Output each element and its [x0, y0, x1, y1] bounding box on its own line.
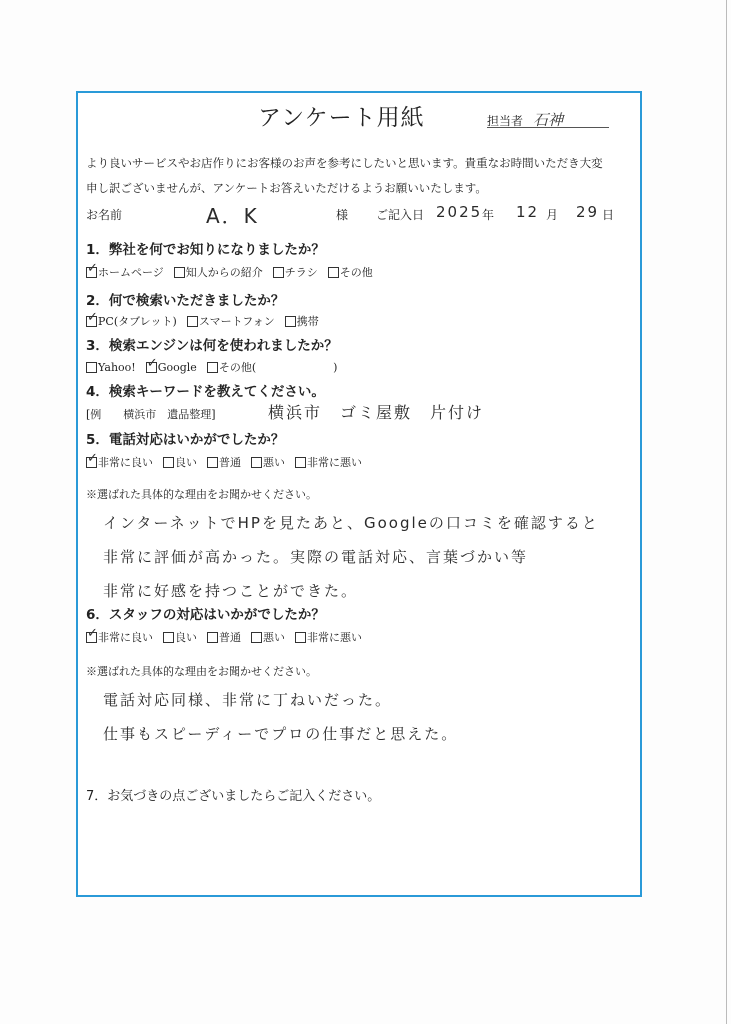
- q1-options: ホームページ 知人からの紹介 チラシ その他: [86, 264, 373, 280]
- q5-reason-prompt: ※選ばれた具体的な理由をお聞かせください。: [86, 486, 317, 502]
- checkbox[interactable]: [251, 457, 262, 468]
- checkbox-checked[interactable]: [146, 362, 157, 373]
- q7-answer-area[interactable]: [86, 808, 626, 888]
- month-label: 月: [546, 206, 558, 223]
- q5-reason-answer: インターネットでHPを見たあと、Googleの口コミを確認すると 非常に評価が高…: [103, 506, 599, 608]
- question-2: 2．何で検索いただきましたか？: [86, 289, 284, 309]
- checkbox-checked[interactable]: [86, 457, 97, 468]
- q1-option-other[interactable]: その他: [328, 264, 373, 280]
- intro-line-2: 申し訳ございませんが、アンケートお答えいただけるようお願いいたします。: [86, 176, 603, 201]
- checkbox[interactable]: [273, 267, 284, 278]
- staff-value: 石神: [533, 111, 563, 129]
- q3-options: Yahoo! Google その他( ): [86, 359, 337, 375]
- date-year: 2025: [436, 203, 482, 221]
- q5-option-very-good[interactable]: 非常に良い: [86, 454, 153, 470]
- q5-option-very-bad[interactable]: 非常に悪い: [295, 454, 362, 470]
- checkbox[interactable]: [207, 632, 218, 643]
- q3-option-other[interactable]: その他( ): [207, 359, 338, 375]
- q6-option-bad[interactable]: 悪い: [251, 629, 285, 645]
- date-label: ご記入日: [376, 206, 424, 223]
- q6-option-very-bad[interactable]: 非常に悪い: [295, 629, 362, 645]
- question-6: 6．スタッフの対応はいかがでしたか？: [86, 603, 325, 623]
- q6-options: 非常に良い 良い 普通 悪い 非常に悪い: [86, 629, 362, 645]
- checkbox[interactable]: [187, 316, 198, 327]
- q4-answer: 横浜市 ゴミ屋敷 片付け: [268, 400, 484, 423]
- checkbox[interactable]: [207, 362, 218, 373]
- checkbox-checked[interactable]: [86, 632, 97, 643]
- q1-option-flyer[interactable]: チラシ: [273, 264, 318, 280]
- checkbox[interactable]: [207, 457, 218, 468]
- q6-reason-answer: 電話対応同様、非常に丁ねいだった。 仕事もスピーディーでプロの仕事だと思えた。: [103, 683, 458, 751]
- name-suffix: 様: [336, 206, 348, 223]
- q1-option-homepage[interactable]: ホームページ: [86, 264, 164, 280]
- question-7: 7．お気づきの点ございましたらご記入ください。: [86, 785, 380, 804]
- checkbox[interactable]: [86, 362, 97, 373]
- year-label: 年: [482, 206, 494, 223]
- name-date-row: お名前 A．K 様 ご記入日 2025 年 12 月 29 日: [86, 206, 636, 223]
- staff-label: 担当者: [487, 114, 523, 128]
- q5-option-bad[interactable]: 悪い: [251, 454, 285, 470]
- name-value: A．K: [206, 200, 259, 229]
- question-4: 4．検索キーワードを教えてください。: [86, 380, 325, 400]
- checkbox[interactable]: [163, 632, 174, 643]
- survey-form: アンケート用紙 担当者 石神 より良いサービスやお店作りにお客様のお声を参考にし…: [76, 91, 642, 897]
- checkbox[interactable]: [328, 267, 339, 278]
- checkbox[interactable]: [251, 632, 262, 643]
- q4-example: [例 横浜市 遺品整理]: [86, 406, 216, 422]
- q2-options: PC(タブレット) スマートフォン 携帯: [86, 313, 319, 329]
- name-label: お名前: [86, 208, 122, 222]
- q6-option-good[interactable]: 良い: [163, 629, 197, 645]
- page-edge: [726, 0, 727, 1024]
- form-title: アンケート用紙: [258, 99, 425, 132]
- q3-option-yahoo[interactable]: Yahoo!: [86, 359, 136, 375]
- date-month: 12: [516, 203, 539, 221]
- intro-line-1: より良いサービスやお店作りにお客様のお声を参考にしたいと思います。貴重なお時間い…: [86, 151, 603, 176]
- question-3: 3．検索エンジンは何を使われましたか？: [86, 334, 338, 354]
- checkbox-checked[interactable]: [86, 267, 97, 278]
- intro-text: より良いサービスやお店作りにお客様のお声を参考にしたいと思います。貴重なお時間い…: [86, 151, 603, 201]
- q5-options: 非常に良い 良い 普通 悪い 非常に悪い: [86, 454, 362, 470]
- q5-option-average[interactable]: 普通: [207, 454, 241, 470]
- question-1: 1．弊社を何でお知りになりましたか？: [86, 238, 325, 258]
- checkbox[interactable]: [285, 316, 296, 327]
- checkbox[interactable]: [174, 267, 185, 278]
- q1-option-referral[interactable]: 知人からの紹介: [174, 264, 263, 280]
- question-5: 5．電話対応はいかがでしたか？: [86, 428, 284, 448]
- staff-field: 担当者 石神: [487, 109, 609, 128]
- q6-option-very-good[interactable]: 非常に良い: [86, 629, 153, 645]
- date-day: 29: [576, 203, 599, 221]
- q5-option-good[interactable]: 良い: [163, 454, 197, 470]
- q2-option-mobile[interactable]: 携帯: [285, 313, 319, 329]
- q6-option-average[interactable]: 普通: [207, 629, 241, 645]
- q3-option-google[interactable]: Google: [146, 359, 197, 375]
- q2-option-smartphone[interactable]: スマートフォン: [187, 313, 275, 329]
- day-label: 日: [602, 206, 614, 223]
- q2-option-pc[interactable]: PC(タブレット): [86, 313, 177, 329]
- checkbox-checked[interactable]: [86, 316, 97, 327]
- checkbox[interactable]: [295, 632, 306, 643]
- checkbox[interactable]: [295, 457, 306, 468]
- q6-reason-prompt: ※選ばれた具体的な理由をお聞かせください。: [86, 663, 317, 679]
- checkbox[interactable]: [163, 457, 174, 468]
